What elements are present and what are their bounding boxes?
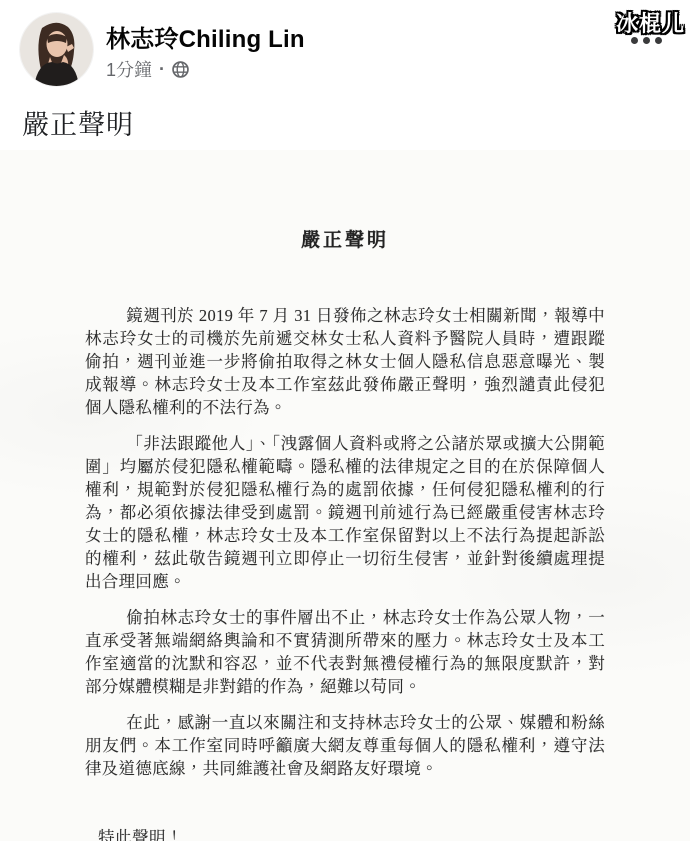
statement-image[interactable]: 嚴正聲明 鏡週刊於 2019 年 7 月 31 日發佈之林志玲女士相關新聞，報導…: [0, 150, 690, 841]
post-text: 嚴正聲明: [22, 103, 134, 142]
post-header: 林志玲Chiling Lin 1分鐘 ·: [0, 0, 690, 100]
statement-paragraph: 「非法跟蹤他人」、「洩露個人資料或將之公諸於眾或擴大公開範圍」均屬於侵犯隱私權範…: [85, 432, 605, 593]
statement-paragraph: 在此，感謝一直以來關注和支持林志玲女士的公眾、媒體和粉絲朋友們。本工作室同時呼籲…: [85, 711, 605, 780]
meta-separator: ·: [159, 59, 165, 80]
statement-paragraph: 鏡週刊於 2019 年 7 月 31 日發佈之林志玲女士相關新聞，報導中林志玲女…: [85, 304, 605, 419]
statement-paragraph: 偷拍林志玲女士的事件層出不止，林志玲女士作為公眾人物，一直承受著無端網絡輿論和不…: [85, 606, 605, 698]
timestamp: 1分鐘: [106, 56, 152, 82]
post-meta[interactable]: 1分鐘 ·: [106, 56, 189, 82]
author-name[interactable]: 林志玲Chiling Lin: [106, 19, 305, 54]
globe-icon: [172, 61, 189, 78]
statement-body: 鏡週刊於 2019 年 7 月 31 日發佈之林志玲女士相關新聞，報導中林志玲女…: [85, 304, 605, 780]
statement-title: 嚴正聲明: [85, 225, 605, 252]
avatar-photo: [20, 13, 93, 86]
avatar[interactable]: [20, 13, 93, 86]
ellipsis-icon[interactable]: [627, 33, 666, 48]
statement-closing: 特此聲明！: [85, 824, 605, 841]
